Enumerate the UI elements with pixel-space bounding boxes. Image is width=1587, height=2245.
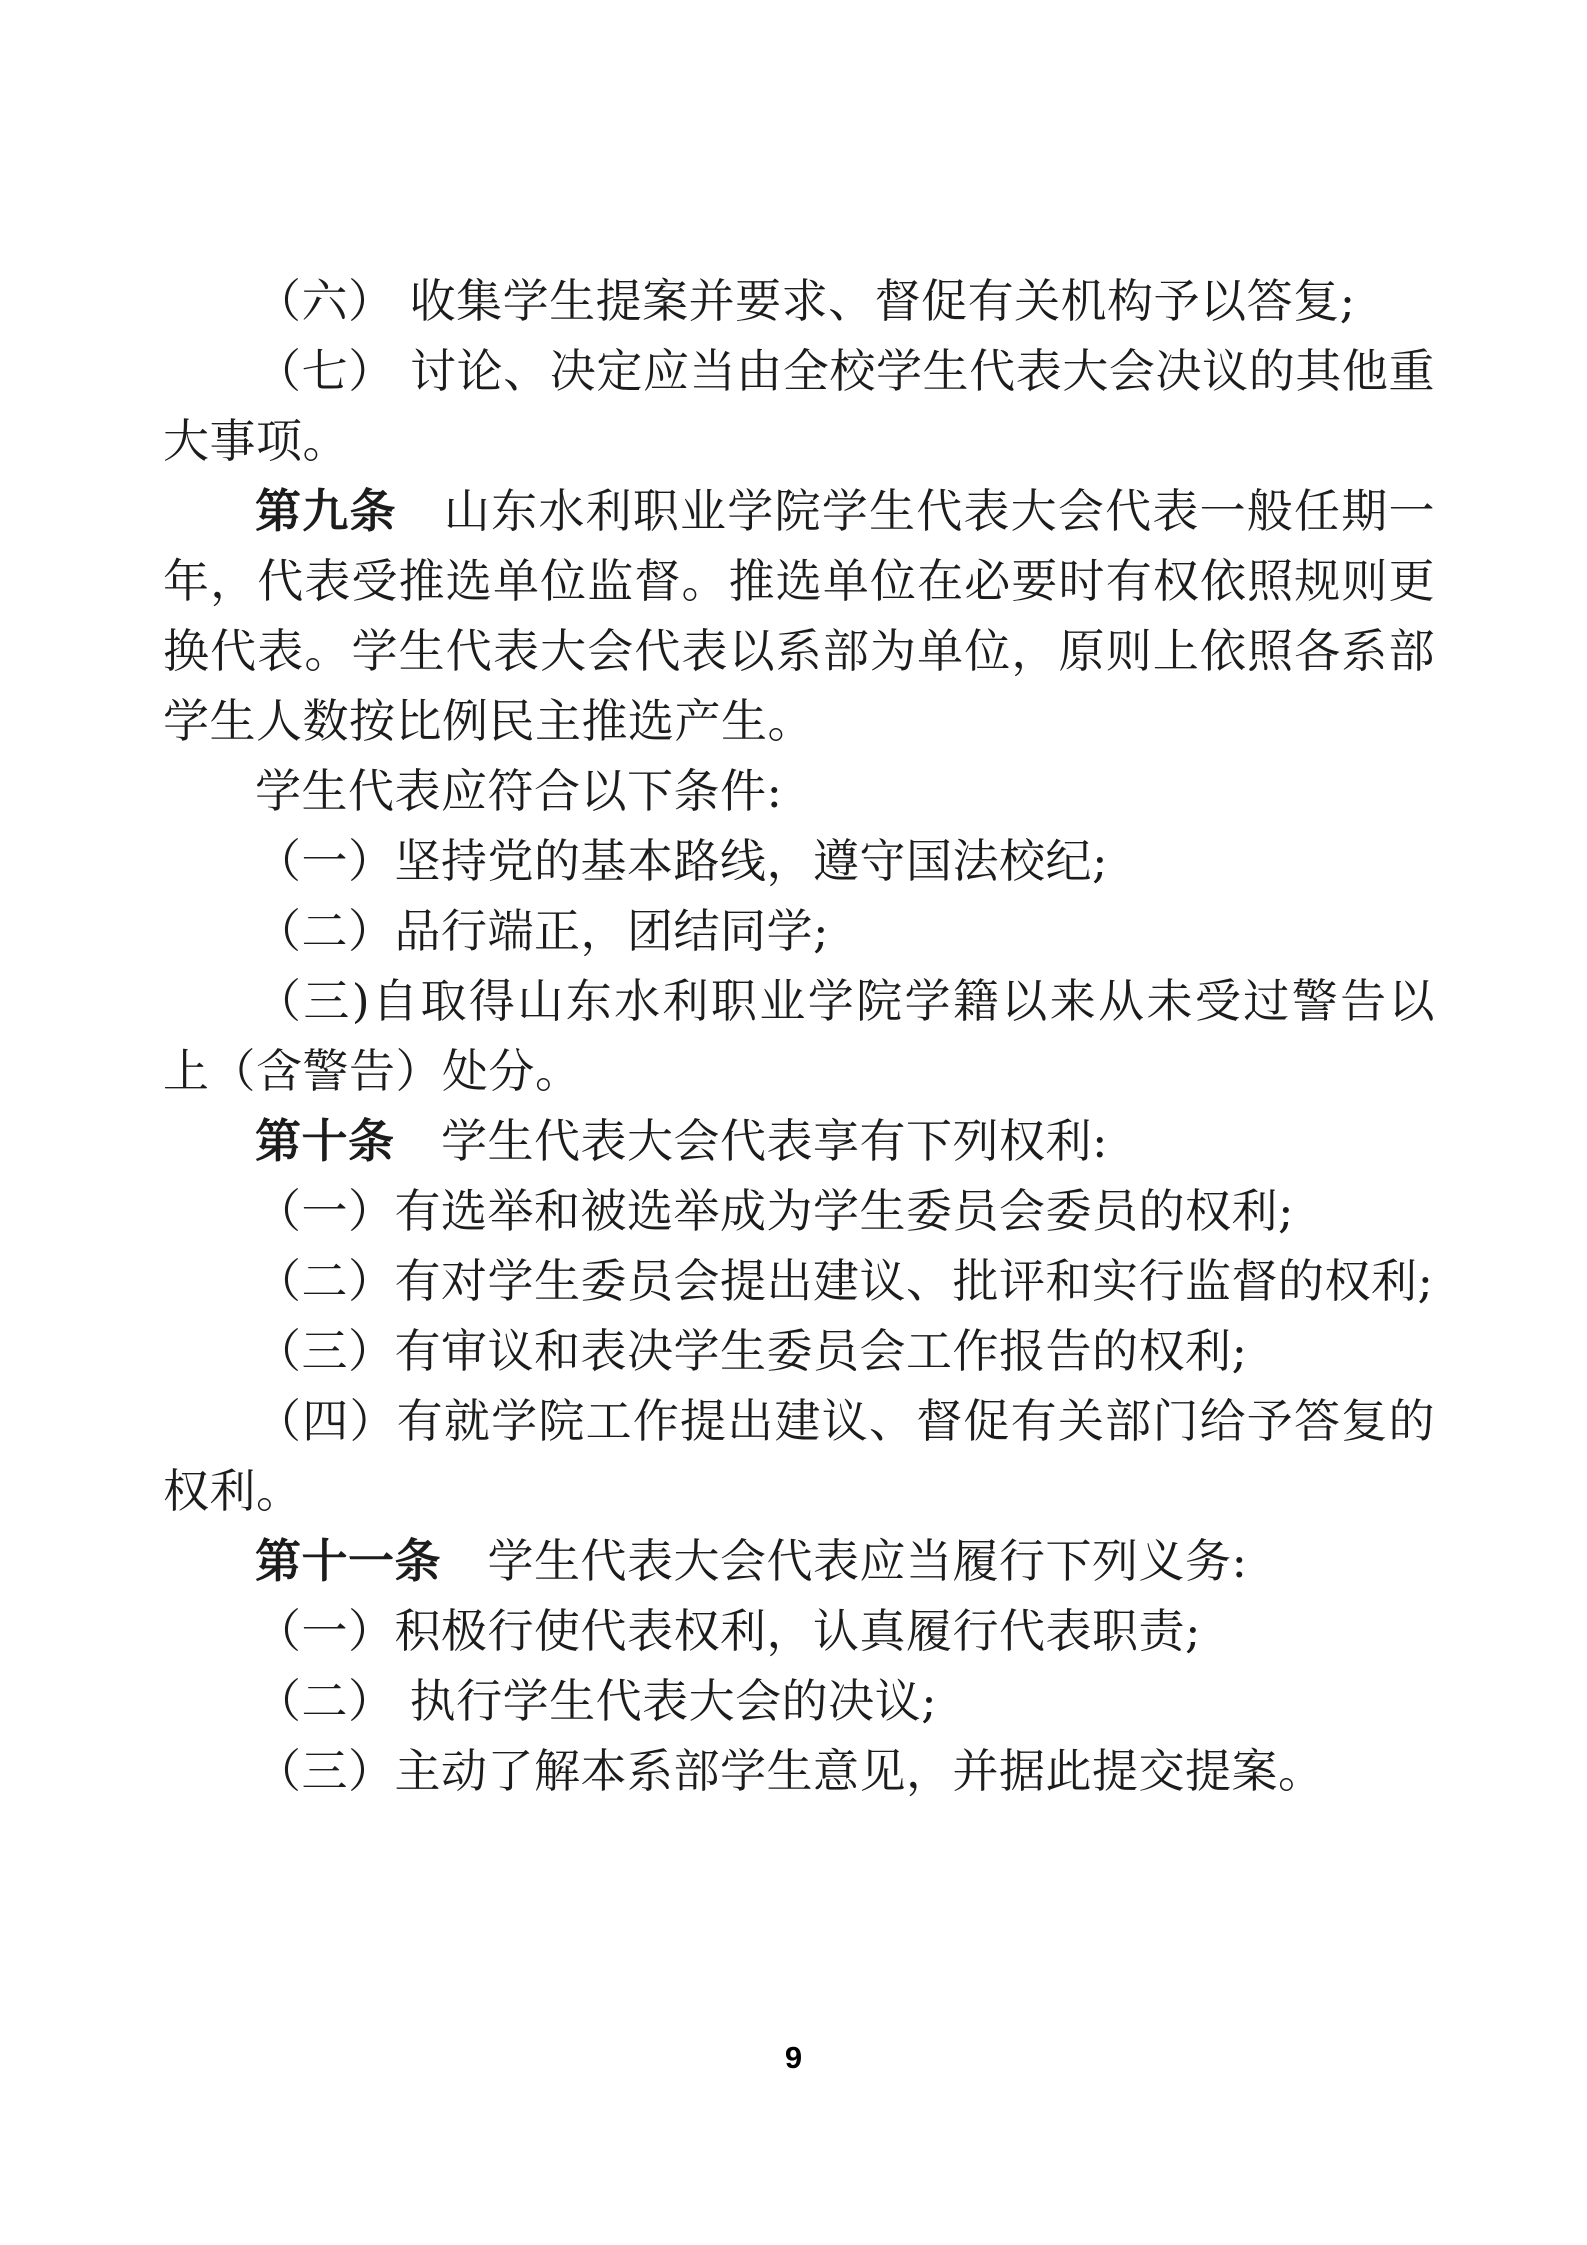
paragraph: （七） 讨论、决定应当由全校学生代表大会决议的其他重大事项。 [163, 336, 1435, 476]
paragraph: （四）有就学院工作提出建议、督促有关部门给予答复的权利。 [163, 1386, 1435, 1526]
paragraph: （二） 执行学生代表大会的决议; [163, 1666, 1435, 1736]
paragraph: （三）主动了解本系部学生意见，并据此提交提案。 [163, 1736, 1435, 1806]
page-number: 9 [0, 2040, 1587, 2076]
paragraph: （三）有审议和表决学生委员会工作报告的权利; [163, 1316, 1435, 1386]
document-body: （六） 收集学生提案并要求、督促有关机构予以答复;（七） 讨论、决定应当由全校学… [163, 266, 1435, 1806]
paragraph: （一）积极行使代表权利，认真履行代表职责; [163, 1596, 1435, 1666]
article-number: 第十一条 [255, 1534, 441, 1588]
paragraph: 学生代表应符合以下条件: [163, 756, 1435, 826]
article-number: 第十条 [255, 1114, 395, 1168]
paragraph: （三)自取得山东水利职业学院学籍以来从未受过警告以上（含警告）处分。 [163, 966, 1435, 1106]
article-paragraph: 第十一条 学生代表大会代表应当履行下列义务: [163, 1526, 1435, 1596]
paragraph: （二）有对学生委员会提出建议、批评和实行监督的权利; [163, 1246, 1435, 1316]
paragraph: （一）有选举和被选举成为学生委员会委员的权利; [163, 1176, 1435, 1246]
document-page: （六） 收集学生提案并要求、督促有关机构予以答复;（七） 讨论、决定应当由全校学… [0, 0, 1587, 2245]
article-paragraph: 第十条 学生代表大会代表享有下列权利: [163, 1106, 1435, 1176]
article-paragraph: 第九条 山东水利职业学院学生代表大会代表一般任期一年，代表受推选单位监督。推选单… [163, 476, 1435, 756]
article-number: 第九条 [255, 484, 397, 538]
paragraph: （一）坚持党的基本路线，遵守国法校纪; [163, 826, 1435, 896]
paragraph: （六） 收集学生提案并要求、督促有关机构予以答复; [163, 266, 1435, 336]
paragraph: （二）品行端正，团结同学; [163, 896, 1435, 966]
